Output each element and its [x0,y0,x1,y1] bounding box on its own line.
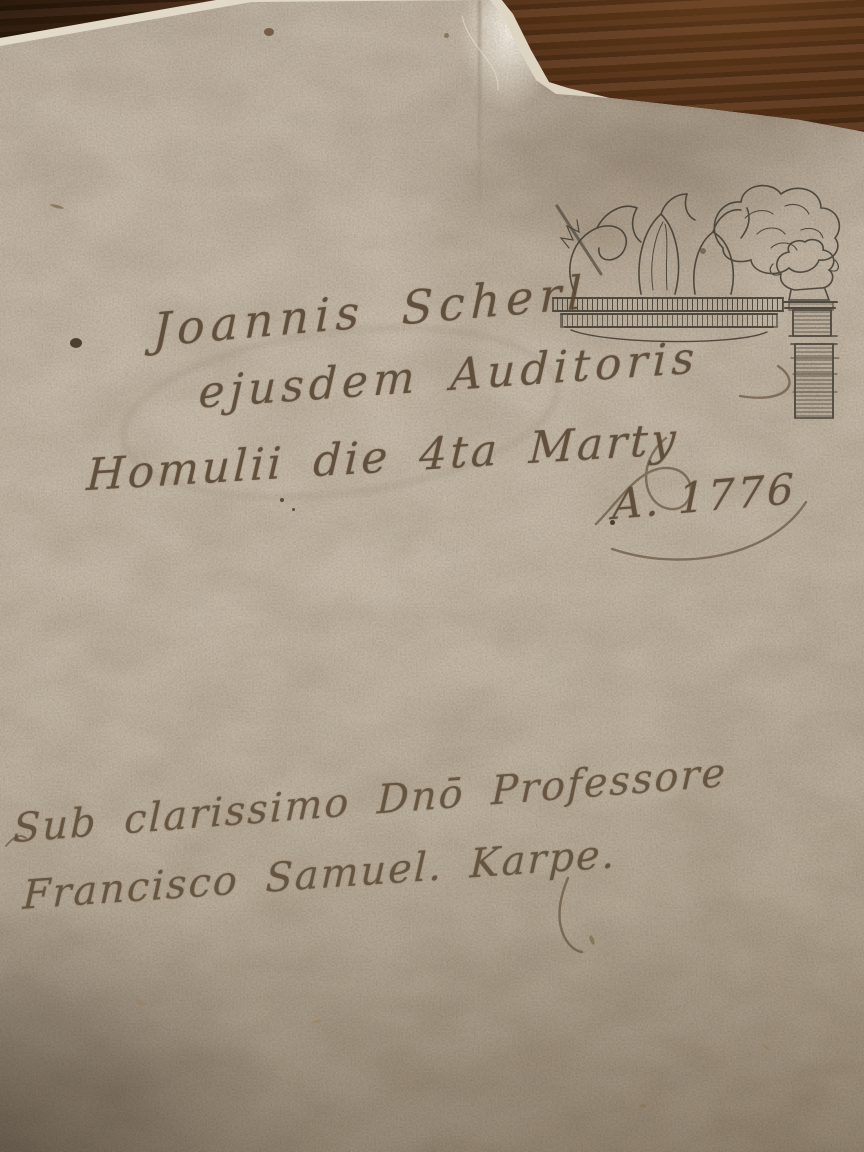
photo-of-manuscript: { "scene": { "type": "photograph", "subj… [0,0,864,1152]
paper-speck [292,508,295,511]
ink-flourishes [0,0,864,1152]
ink-blot [70,338,82,348]
paper-speck [280,498,284,502]
paper-speck [610,520,615,525]
manuscript-paper: Joannis Scherl ejusdem Auditoris Homulii… [0,0,864,1152]
paper-speck [640,1104,646,1108]
paper-speck [444,33,449,38]
paper-speck [700,248,706,254]
paper-speck [264,28,274,36]
